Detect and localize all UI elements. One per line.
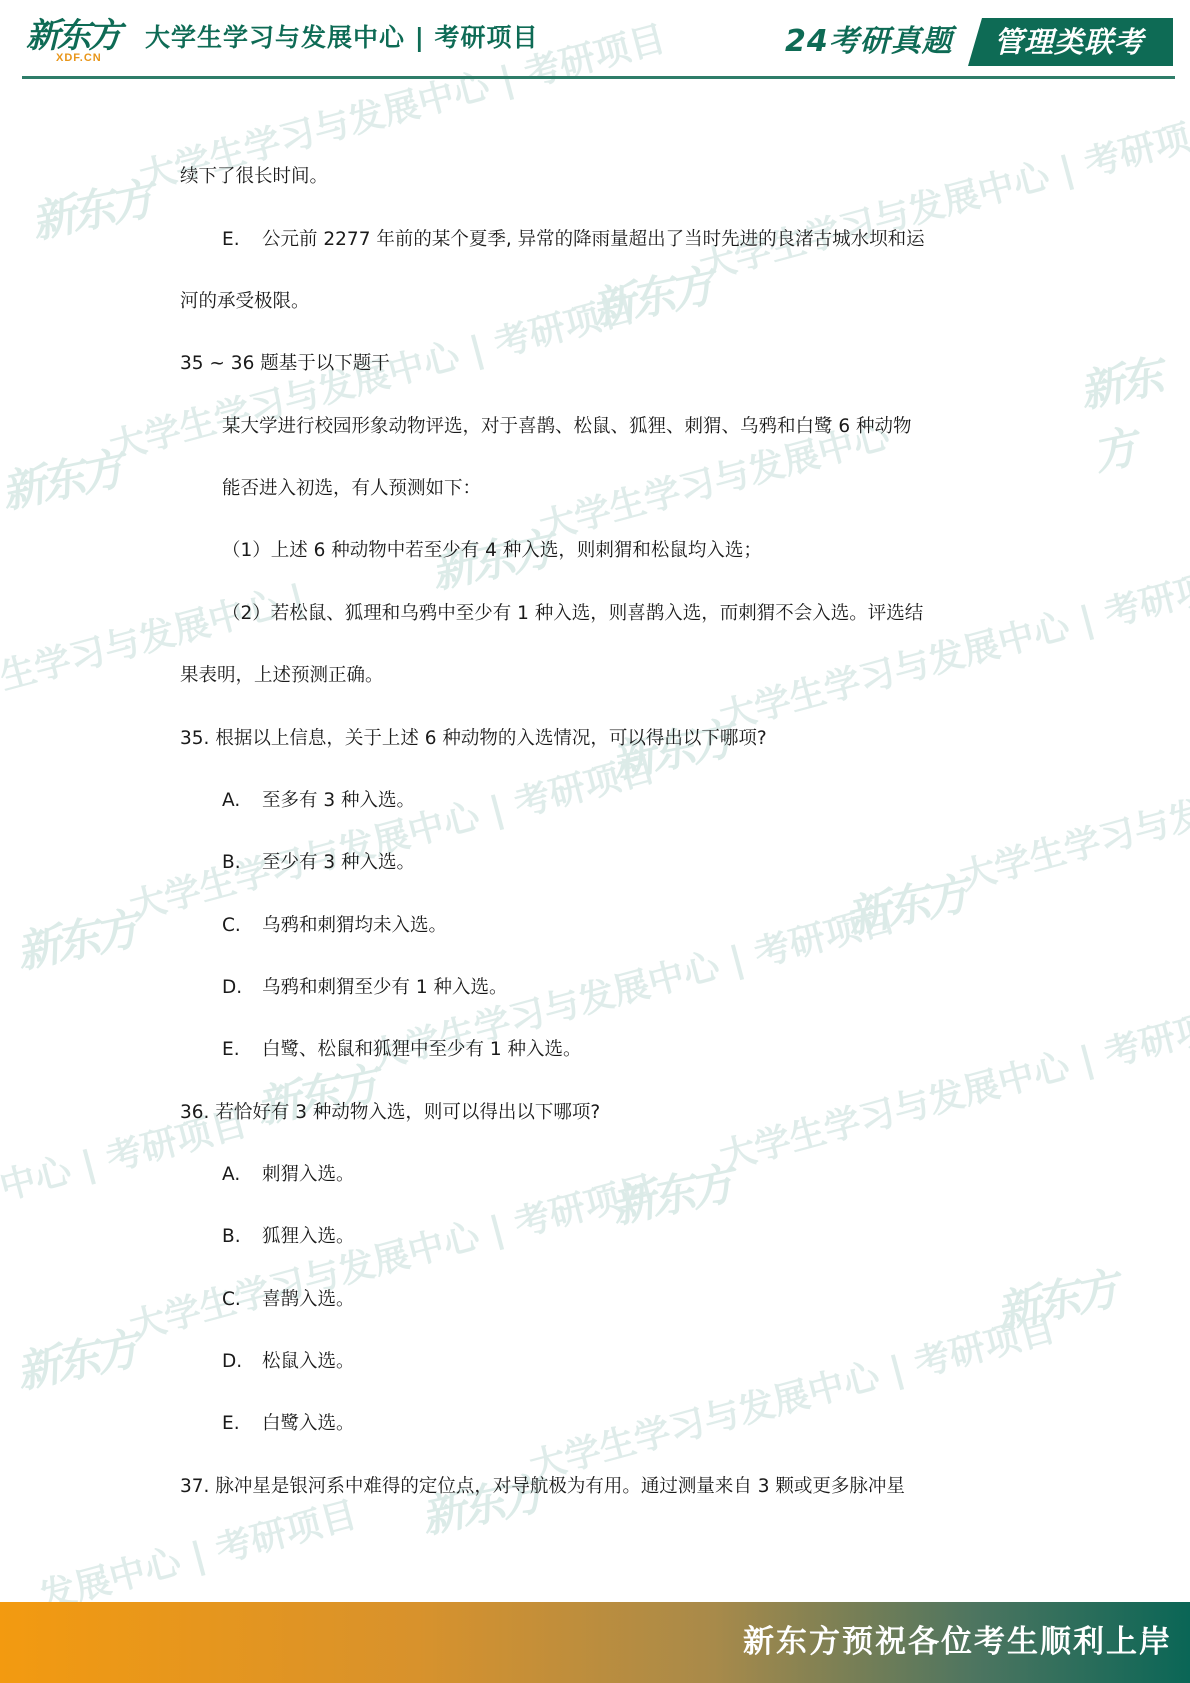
option-letter: B. xyxy=(222,1223,262,1251)
question-group-title: 35 ~ 36 题基于以下题干 xyxy=(180,350,390,378)
logo-en-text: XDF.CN xyxy=(56,52,102,64)
exam-year-title: 24考研真题 xyxy=(785,22,953,62)
q35-option-e: E.白鹭、松鼠和狐狸中至少有 1 种入选。 xyxy=(222,1036,582,1064)
xdf-logo: 新东方 XDF.CN xyxy=(26,16,134,72)
paragraph-continuation: 续下了很长时间。 xyxy=(180,163,328,191)
q36-option-c: C.喜鹊入选。 xyxy=(222,1286,355,1314)
question-35: 35. 根据以上信息，关于上述 6 种动物的入选情况，可以得出以下哪项? xyxy=(180,725,767,753)
option-letter: E. xyxy=(222,226,262,254)
option-text: 狐狸入选。 xyxy=(262,1226,355,1247)
option-letter: C. xyxy=(222,912,262,940)
option-letter: C. xyxy=(222,1286,262,1314)
watermark-logo: 新东方 xyxy=(10,893,141,981)
watermark-logo: 新东方 xyxy=(605,1148,736,1236)
question-number: 36. xyxy=(180,1102,209,1123)
watermark-logo: 新东方 xyxy=(990,1253,1121,1341)
prev-option-e: E.公元前 2277 年前的某个夏季, 异常的降雨量超出了当时先进的良渚古城水坝… xyxy=(222,226,925,254)
q35-option-c: C.乌鸦和刺猬均未入选。 xyxy=(222,912,447,940)
watermark-logo: 新东方 xyxy=(840,858,971,946)
option-text: 乌鸦和刺猬至少有 1 种入选。 xyxy=(262,977,508,998)
question-text: 根据以上信息，关于上述 6 种动物的入选情况，可以得出以下哪项? xyxy=(215,728,766,749)
option-text: 至少有 3 种入选。 xyxy=(262,852,415,873)
watermark-logo: 新东方 xyxy=(10,1313,141,1401)
option-text: 白鹭、松鼠和狐狸中至少有 1 种入选。 xyxy=(262,1039,582,1060)
watermark-text: 大学生学习与发展中心 | 考研项目 xyxy=(693,101,1190,291)
q36-option-a: A.刺猬入选。 xyxy=(222,1161,355,1189)
option-letter: D. xyxy=(222,1348,262,1376)
option-letter: B. xyxy=(222,849,262,877)
page-footer-banner: 新东方预祝各位考生顺利上岸 xyxy=(0,1602,1190,1683)
exam-category-label: 管理类联考 xyxy=(994,22,1144,62)
stem-end: 果表明，上述预测正确。 xyxy=(180,662,384,690)
watermark-text: 大学生学习与发展中心 | 考研项目 xyxy=(123,1161,660,1351)
question-37: 37. 脉冲星是银河系中难得的定位点，对导航极为有用。通过测量来自 3 颗或更多… xyxy=(180,1473,905,1501)
watermark-logo: 新东方 xyxy=(585,250,716,338)
option-text: 公元前 2277 年前的某个夏季, 异常的降雨量超出了当时先进的良渚古城水坝和运 xyxy=(262,229,925,250)
option-text: 至多有 3 种入选。 xyxy=(262,790,415,811)
watermark-text: 大学生学习与发展中心 | 考研项目 xyxy=(123,741,660,931)
watermark-text: 发展中心 | 考研项目 xyxy=(33,1486,361,1620)
watermark-logo: 新东方 xyxy=(1073,335,1190,482)
q36-option-b: B.狐狸入选。 xyxy=(222,1223,355,1251)
option-letter: E. xyxy=(222,1036,262,1064)
org-title: 大学生学习与发展中心 | 考研项目 xyxy=(145,20,539,56)
watermark-text: 大学生学习与发展中心 | 考研项目 xyxy=(713,991,1190,1181)
exam-category-badge: 管理类联考 xyxy=(968,18,1173,66)
watermark-text: 大学生学习与发展中心 xyxy=(953,758,1190,900)
footer-slogan: 新东方预祝各位考生顺利上岸 xyxy=(743,1620,1172,1664)
option-text: 白鹭入选。 xyxy=(262,1413,355,1434)
option-letter: E. xyxy=(222,1410,262,1438)
question-text: 若恰好有 3 种动物入选，则可以得出以下哪项? xyxy=(215,1102,600,1123)
watermark-logo: 新东方 xyxy=(0,433,125,521)
watermark-text: 大学生学习与发展中心 | 考研项目 xyxy=(523,1301,1060,1491)
q35-option-b: B.至少有 3 种入选。 xyxy=(222,849,415,877)
condition-2: （2）若松鼠、狐理和乌鸦中至少有 1 种入选，则喜鹊入选，而刺猬不会入选。评选结 xyxy=(222,600,923,628)
question-number: 37. xyxy=(180,1476,209,1497)
prev-option-e-cont: 河的承受极限。 xyxy=(180,288,310,316)
page-header: 新东方 XDF.CN 大学生学习与发展中心 | 考研项目 24考研真题 管理类联… xyxy=(0,0,1190,80)
q35-option-d: D.乌鸦和刺猬至少有 1 种入选。 xyxy=(222,974,508,1002)
logo-cn-text: 新东方 xyxy=(26,16,119,56)
option-letter: A. xyxy=(222,1161,262,1189)
stem-line-2: 能否进入初选，有人预测如下： xyxy=(222,475,481,503)
watermark-logo: 新东方 xyxy=(415,1458,546,1546)
option-letter: D. xyxy=(222,974,262,1002)
condition-1: （1）上述 6 种动物中若至少有 4 种入选，则刺猬和松鼠均入选； xyxy=(222,537,762,565)
q35-option-a: A.至多有 3 种入选。 xyxy=(222,787,415,815)
option-text: 喜鹊入选。 xyxy=(262,1289,355,1310)
watermark-text: 大学生学习与发展中心 | 考研项目 xyxy=(713,551,1190,741)
watermark-logo: 新东方 xyxy=(25,163,156,251)
option-text: 松鼠入选。 xyxy=(262,1351,355,1372)
option-text: 乌鸦和刺猬均未入选。 xyxy=(262,915,447,936)
option-text: 刺猬入选。 xyxy=(262,1164,355,1185)
q36-option-e: E.白鹭入选。 xyxy=(222,1410,355,1438)
option-letter: A. xyxy=(222,787,262,815)
question-number: 35. xyxy=(180,728,209,749)
question-36: 36. 若恰好有 3 种动物入选，则可以得出以下哪项? xyxy=(180,1099,600,1127)
header-divider xyxy=(22,76,1175,79)
q36-option-d: D.松鼠入选。 xyxy=(222,1348,355,1376)
stem-line-1: 某大学进行校园形象动物评选，对于喜鹊、松鼠、狐狸、刺猬、乌鸦和白鹭 6 种动物 xyxy=(222,413,912,441)
question-text: 脉冲星是银河系中难得的定位点，对导航极为有用。通过测量来自 3 颗或更多脉冲星 xyxy=(215,1476,905,1497)
